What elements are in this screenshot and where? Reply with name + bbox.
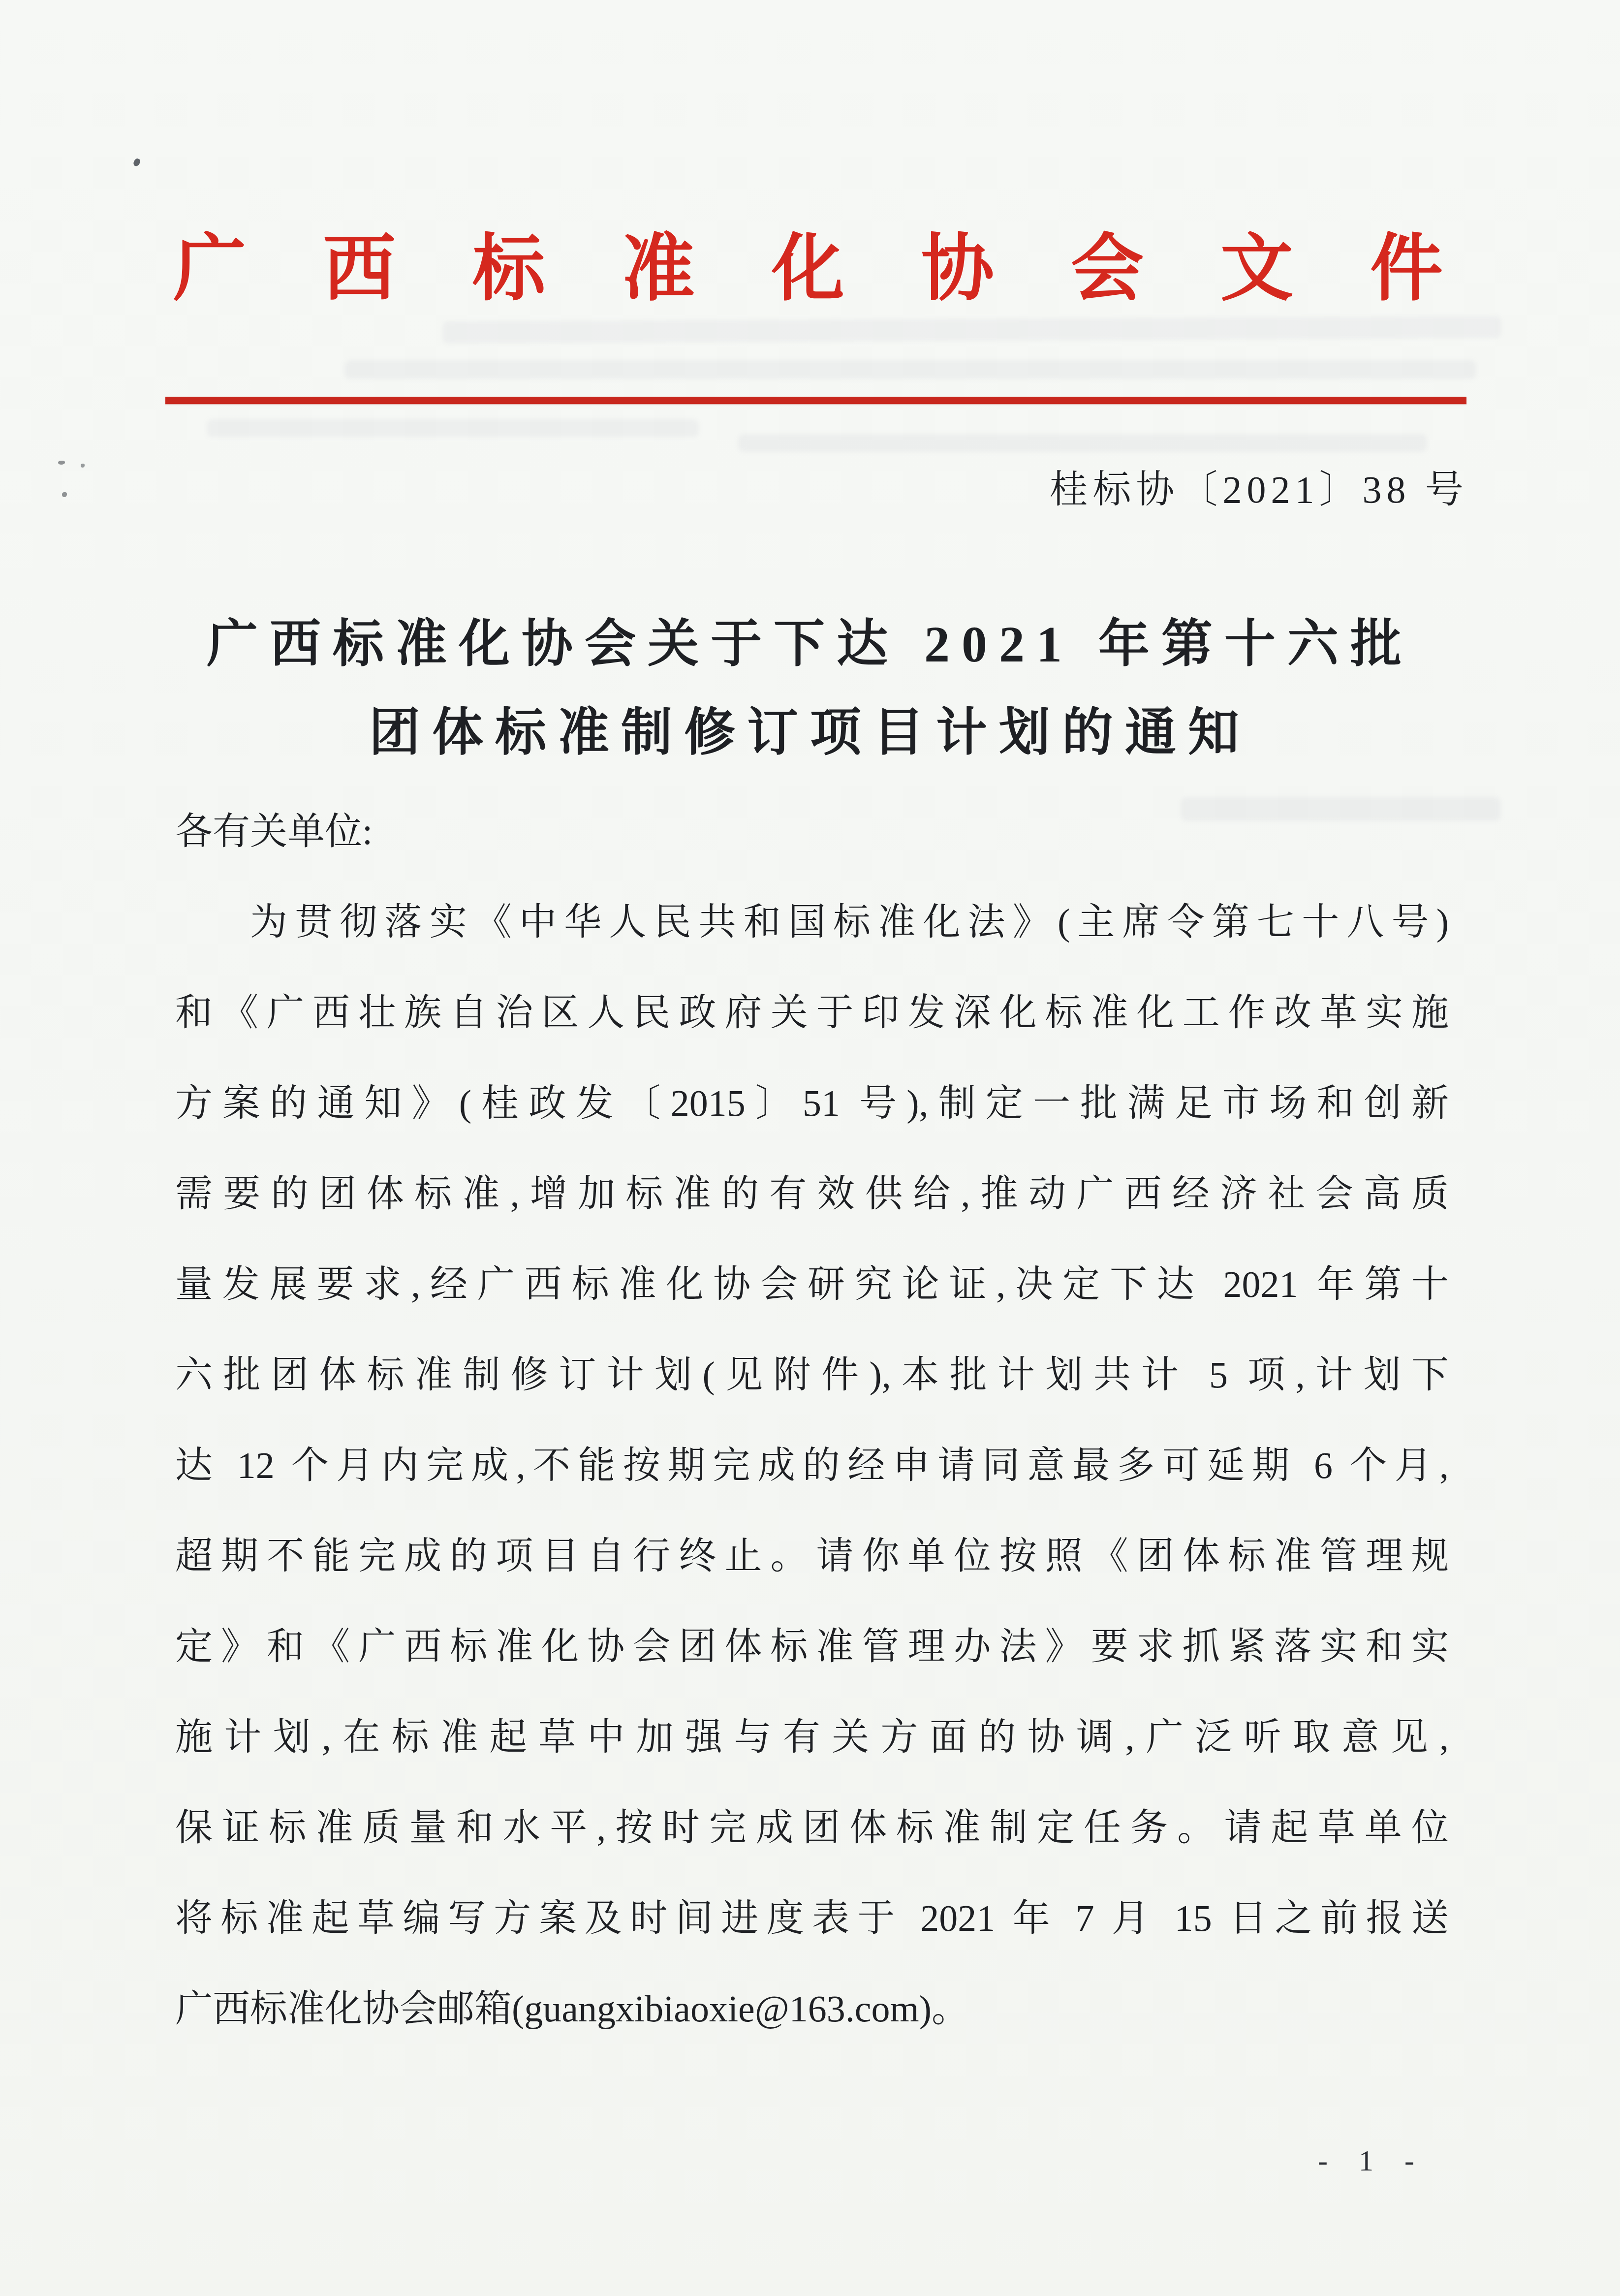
page-number: - 1 - <box>1318 2144 1421 2178</box>
document-title: 广西标准化协会关于下达 2021 年第十六批 团体标准制修订项目计划的通知 <box>170 600 1450 778</box>
body-line: 六批团体标准制修订计划(见附件),本批计划共计 5 项,计划下 <box>175 1330 1449 1420</box>
body-line: 和《广西壮族自治区人民政府关于印发深化标准化工作改革实施 <box>175 968 1449 1058</box>
scan-speck <box>62 492 67 497</box>
body-line: 量发展要求,经广西标准化协会研究论证,决定下达 2021 年第十 <box>175 1239 1449 1330</box>
body-line: 为贯彻落实《中华人民共和国标准化法》(主席令第七十八号) <box>175 877 1449 968</box>
scan-speck <box>81 464 85 468</box>
body-line: 将标准起草编写方案及时间进度表于 2021 年 7 月 15 日之前报送 <box>175 1873 1449 1964</box>
body-line: 需要的团体标准,增加标准的有效供给,推动广西经济社会高质 <box>175 1149 1449 1239</box>
red-divider-line <box>165 397 1466 404</box>
body-line: 超期不能完成的项目自行终止。请你单位按照《团体标准管理规 <box>175 1511 1449 1602</box>
title-line-2: 团体标准制修订项目计划的通知 <box>170 689 1450 778</box>
body-line: 广西标准化协会邮箱(guangxibiaoxie@163.com)。 <box>175 1964 1449 2054</box>
bleedthrough-mark <box>207 419 699 437</box>
document-page: 广 西 标 准 化 协 会 文 件 桂标协〔2021〕38 号 广西标准化协会关… <box>0 0 1620 2296</box>
bleedthrough-mark <box>443 316 1501 343</box>
document-body: 各有关单位: 为贯彻落实《中华人民共和国标准化法》(主席令第七十八号) 和《广西… <box>175 786 1449 2054</box>
org-header-title: 广 西 标 准 化 协 会 文 件 <box>173 227 1443 311</box>
bleedthrough-mark <box>738 434 1427 452</box>
scan-speck <box>58 461 65 465</box>
body-line: 保证标准质量和水平,按时完成团体标准制定任务。请起草单位 <box>175 1783 1449 1873</box>
body-line: 施计划,在标准起草中加强与有关方面的协调,广泛听取意见, <box>175 1692 1449 1783</box>
body-line: 方案的通知》(桂政发〔2015〕51 号),制定一批满足市场和创新 <box>175 1058 1449 1149</box>
body-line: 达 12 个月内完成,不能按期完成的经申请同意最多可延期 6 个月, <box>175 1420 1449 1511</box>
body-line: 定》和《广西标准化协会团体标准管理办法》要求抓紧落实和实 <box>175 1602 1449 1692</box>
bleedthrough-mark <box>344 360 1476 379</box>
scan-speck <box>132 157 141 167</box>
doc-number: 桂标协〔2021〕38 号 <box>1049 459 1468 514</box>
salutation: 各有关单位: <box>175 786 1449 877</box>
title-line-1: 广西标准化协会关于下达 2021 年第十六批 <box>170 600 1450 689</box>
